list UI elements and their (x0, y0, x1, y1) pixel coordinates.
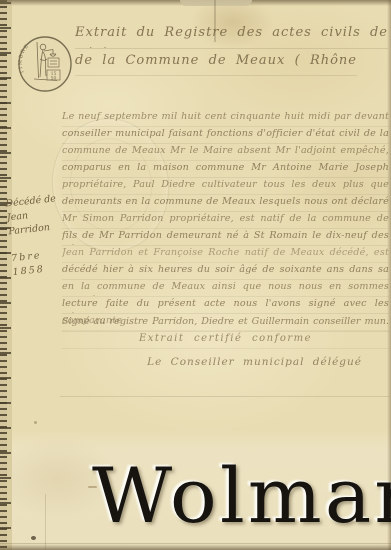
body-line: décédé hier à six heures du soir âgé de … (62, 263, 389, 280)
body-line: comparus en la maison commune Mr Antoine… (62, 161, 389, 178)
body-line: Jean Parridon et Françoise Roche natif d… (62, 246, 389, 263)
body-line: Le neuf septembre mil huit cent cinquant… (62, 110, 389, 127)
header-line: de la Commune de Meaux ( Rhône ) — (75, 49, 357, 76)
paper-bottom-edge (0, 544, 391, 550)
paper-stain-mark (34, 421, 37, 424)
fold-crease-bottom (0, 543, 391, 544)
body-line: en la commune de Meaux ainsi que nous no… (62, 280, 389, 297)
signatures-line: Signé au registre Parridon, Diedre et Gu… (62, 315, 389, 332)
faint-rule-line (60, 396, 389, 397)
body-line: conseiller municipal faisant fonctions d… (62, 127, 389, 144)
body-line: propriétaire, Paul Diedre cultivateur to… (62, 178, 389, 195)
header-line: Extrait du Registre des actes civils de … (75, 22, 388, 49)
officer-title-line: Le Conseiller municipal délégué (62, 354, 362, 372)
scanned-document-page: TIMBRE 15 50 Extrait du Registre des act… (0, 0, 391, 550)
body-line: commune de Meaux Mr le Maire absent Mr l… (62, 144, 389, 161)
body-line: demeurants en la commune de Meaux lesque… (62, 195, 389, 212)
wolmar-watermark: Wolmar (92, 452, 391, 541)
serration-ticks-long (0, 2, 11, 550)
paper-top-edge-notch (180, 0, 252, 6)
document-header: Extrait du Registre des actes civils de … (75, 22, 388, 76)
timbre-revenue-stamp: TIMBRE 15 50 (16, 34, 74, 94)
body-line: fils de Mr Parridon demeurant né à St Ro… (62, 229, 389, 246)
stamp-value-bottom: 50 (51, 76, 57, 82)
ink-speck (31, 536, 36, 540)
serrated-binding-edge (0, 0, 12, 550)
act-body-text: Le neuf septembre mil huit cent cinquant… (62, 110, 389, 331)
body-line: lecture faite du présent acte nous l'avo… (62, 297, 389, 314)
fold-crease-bottom-left (45, 494, 46, 550)
certification-line: Extrait certifié conforme (62, 331, 389, 349)
body-line: Mr Simon Parridon propriétaire, est nati… (62, 212, 389, 229)
